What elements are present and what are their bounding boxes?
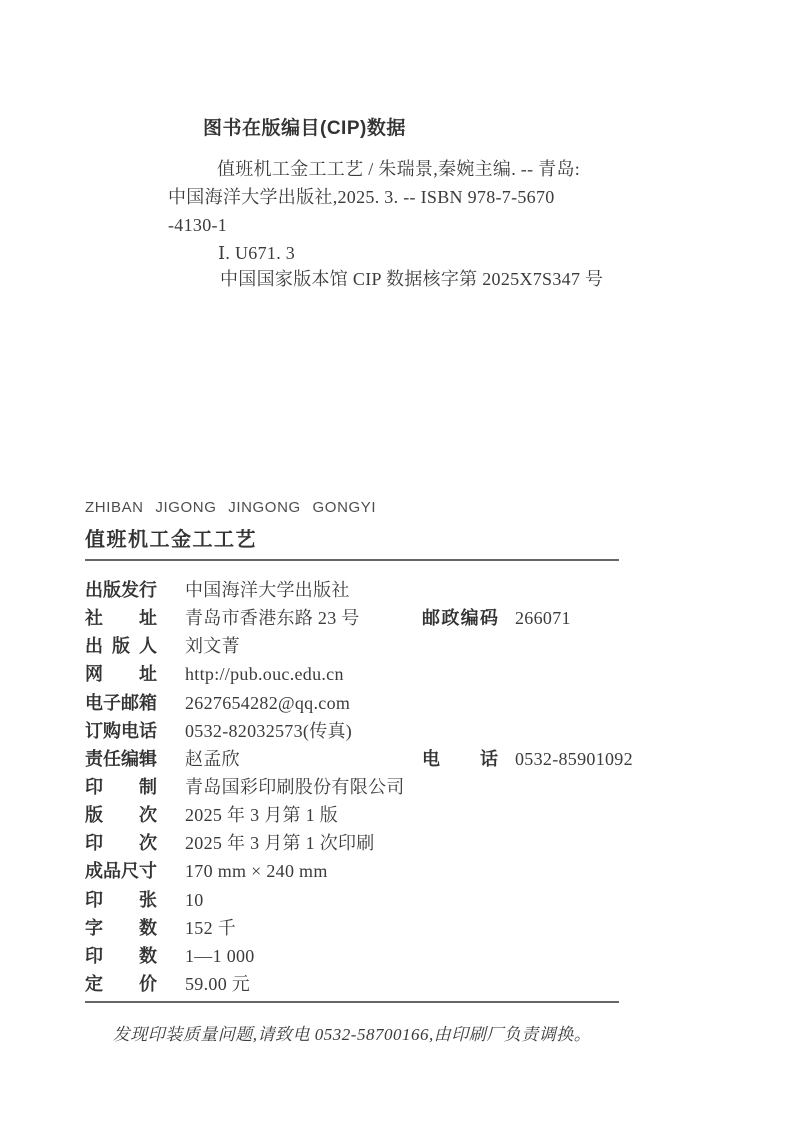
colophon-row-printer: 印制 青岛国彩印刷股份有限公司 (85, 773, 645, 801)
row-value: 青岛国彩印刷股份有限公司 (185, 776, 405, 798)
colophon-row-email: 电子邮箱 2627654282@qq.com (85, 689, 645, 717)
row-label: 社址 (85, 607, 157, 629)
row-value-email: 2627654282@qq.com (185, 692, 350, 714)
row-label: 出版发行 (85, 579, 157, 601)
colophon-row-order-phone: 订购电话 0532-82032573(传真) (85, 717, 645, 745)
row-value: 10 (185, 889, 204, 911)
row-label: 印次 (85, 832, 157, 854)
colophon-row-print-run: 印数 1—1 000 (85, 942, 645, 970)
row-value: 青岛市香港东路 23 号 (185, 607, 360, 629)
quality-notice: 发现印装质量问题,请致电 0532-58700166,由印刷厂负责调换。 (85, 1020, 619, 1045)
cip-line-title-authors: 值班机工金工工艺 / 朱瑞景,秦婉主编. -- 青岛: (217, 158, 580, 180)
row-value: 152 千 (185, 917, 236, 939)
row-value-url: http://pub.ouc.edu.cn (185, 663, 344, 685)
cip-line-record-number: 中国国家版本馆 CIP 数据核字第 2025X7S347 号 (220, 268, 603, 290)
colophon-row-address: 社址 青岛市香港东路 23 号 邮政编码 266071 (85, 604, 645, 632)
colophon-row-price: 定价 59.00 元 (85, 970, 645, 998)
cip-line-isbn-continued: -4130-1 (168, 214, 227, 236)
colophon-row-sheets: 印张 10 (85, 886, 645, 914)
divider-bottom (85, 1001, 619, 1003)
title-pinyin: ZHIBAN JIGONG JINGONG GONGYI (85, 499, 376, 516)
row-label: 责任编辑 (85, 748, 157, 770)
row-label: 电子邮箱 (85, 692, 157, 714)
row-label: 网址 (85, 663, 157, 685)
cip-heading: 图书在版编目(CIP)数据 (203, 113, 406, 140)
row-value: 刘文菁 (185, 635, 240, 657)
copyright-page: 图书在版编目(CIP)数据 值班机工金工工艺 / 朱瑞景,秦婉主编. -- 青岛… (0, 0, 799, 1129)
colophon-row-editor: 责任编辑 赵孟欣 电话 0532-85901092 (85, 745, 645, 773)
row-value: 中国海洋大学出版社 (185, 579, 350, 601)
row-label: 印数 (85, 945, 157, 967)
colophon-row-publisher-person: 出版人 刘文菁 (85, 632, 645, 660)
row-value-phone: 0532-85901092 (515, 748, 633, 770)
row-label: 成品尺寸 (85, 860, 157, 882)
colophon-row-word-count: 字数 152 千 (85, 914, 645, 942)
colophon-row-size: 成品尺寸 170 mm × 240 mm (85, 857, 645, 885)
row-value: 2025 年 3 月第 1 版 (185, 804, 338, 826)
cip-line-classification: Ⅰ. U671. 3 (218, 242, 295, 264)
row-label: 定价 (85, 973, 157, 995)
row-label: 出版人 (85, 635, 157, 657)
row-label: 版次 (85, 804, 157, 826)
row-value: 59.00 元 (185, 973, 250, 995)
row-label: 订购电话 (85, 720, 157, 742)
colophon-row-edition: 版次 2025 年 3 月第 1 版 (85, 801, 645, 829)
cip-line-publisher-isbn: 中国海洋大学出版社,2025. 3. -- ISBN 978-7-5670 (168, 186, 555, 208)
colophon-row-publisher: 出版发行 中国海洋大学出版社 (85, 576, 645, 604)
row-value: 0532-82032573(传真) (185, 720, 352, 742)
colophon-table: 出版发行 中国海洋大学出版社 社址 青岛市香港东路 23 号 邮政编码 2660… (85, 576, 645, 998)
colophon-row-printing: 印次 2025 年 3 月第 1 次印刷 (85, 829, 645, 857)
row-value: 1—1 000 (185, 945, 255, 967)
row-label-postcode: 邮政编码 (422, 607, 498, 629)
row-value: 2025 年 3 月第 1 次印刷 (185, 832, 375, 854)
row-label: 印制 (85, 776, 157, 798)
book-title: 值班机工金工工艺 (85, 523, 257, 552)
row-value: 170 mm × 240 mm (185, 860, 328, 882)
row-label: 字数 (85, 917, 157, 939)
row-value: 赵孟欣 (185, 748, 240, 770)
row-label: 印张 (85, 889, 157, 911)
colophon-row-website: 网址 http://pub.ouc.edu.cn (85, 660, 645, 688)
row-label-phone: 电话 (422, 748, 498, 770)
divider-top (85, 559, 619, 561)
row-value-postcode: 266071 (515, 607, 571, 629)
